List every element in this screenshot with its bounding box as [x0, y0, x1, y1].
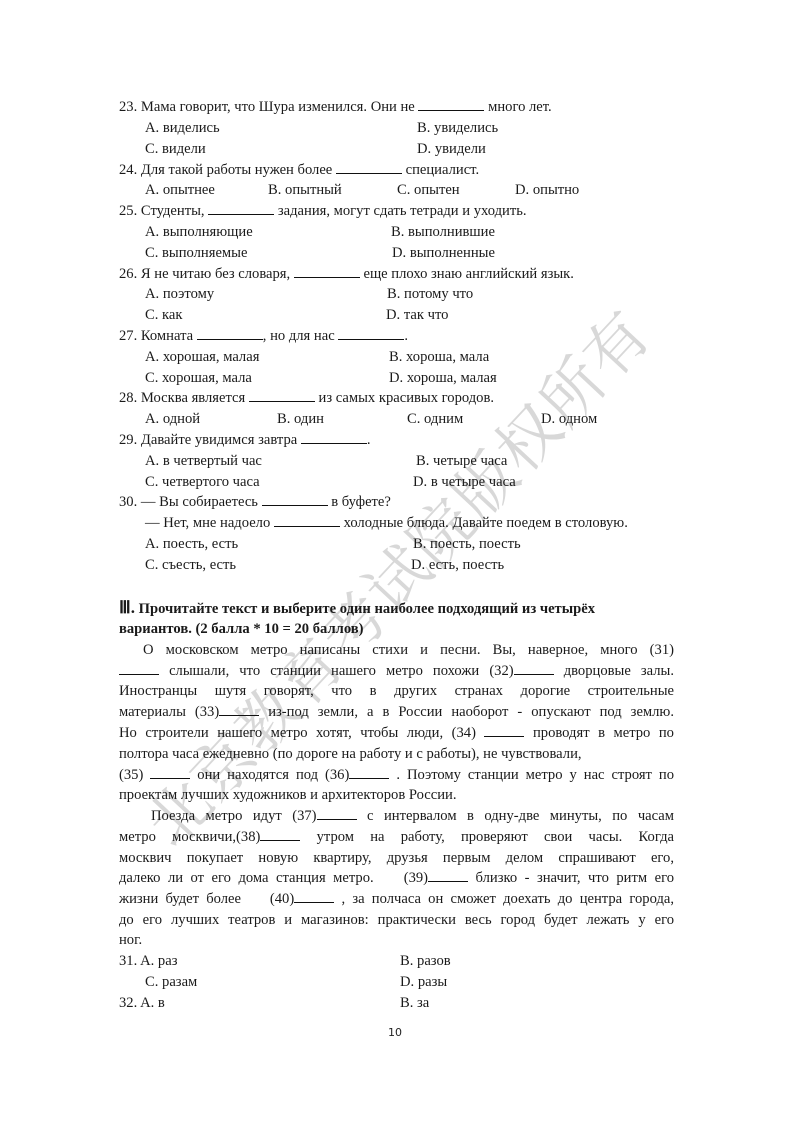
passage-line: слышали, что станции нашего метро похожи… [119, 661, 674, 682]
q25-option-b: B. выполнившие [391, 222, 495, 242]
question-26-stem: 26. Я не читаю без словаря, еще плохо зн… [119, 264, 574, 284]
page-number: 10 [388, 1026, 402, 1039]
q23-option-a: A. виделись [145, 118, 220, 138]
passage-line: далеко ли от его дома станция метро. (39… [119, 868, 674, 889]
passage-line: проектам лучших художников и архитекторо… [119, 785, 674, 806]
q26-option-a: A. поэтому [145, 284, 214, 304]
answer-blank-31 [119, 661, 159, 675]
question-30-line2: — Нет, мне надоело холодные блюда. Давай… [145, 513, 628, 533]
q25-option-a: A. выполняющие [145, 222, 253, 242]
q26-option-d: D. так что [386, 305, 448, 325]
q24-option-a: A. опытнее [145, 180, 215, 200]
passage-line: москвич покупает новую квартиру, друзья … [119, 848, 674, 869]
q29-option-a: A. в четвертый час [145, 451, 262, 471]
q30-option-c: C. съесть, есть [145, 555, 236, 575]
passage-line: Поезда метро идут (37) с интервалом в од… [119, 806, 674, 827]
answer-blank-39 [428, 868, 468, 882]
q32-option-b: B. за [400, 993, 429, 1013]
question-24-stem: 24. Для такой работы нужен более специал… [119, 160, 479, 180]
q31-option-b: B. разов [400, 951, 451, 971]
q28-option-a: A. одной [145, 409, 200, 429]
q24-option-b: B. опытный [268, 180, 342, 200]
passage-line: метро москвичи,(38) утром на работу, про… [119, 827, 674, 848]
question-30-stem: 30. — Вы собираетесь в буфете? [119, 492, 391, 512]
question-23-stem: 23. Мама говорит, что Шура изменился. Он… [119, 97, 552, 117]
passage-line: Но строители нашего метро хотят, чтобы л… [119, 723, 674, 744]
q29-option-c: C. четвертого часа [145, 472, 260, 492]
q25-option-c: C. выполняемые [145, 243, 247, 263]
passage-line: до его лучших театров и магазинов: практ… [119, 910, 674, 931]
answer-blank-32 [514, 661, 554, 675]
answer-blank [197, 326, 263, 340]
answer-blank [249, 388, 315, 402]
q26-option-b: B. потому что [387, 284, 473, 304]
question-25-stem: 25. Студенты, задания, могут сдать тетра… [119, 201, 527, 221]
answer-blank [418, 97, 484, 111]
q24-option-c: C. опытен [397, 180, 460, 200]
q27-option-c: C. хорошая, мала [145, 368, 252, 388]
q32-option-a: 32. A. в [119, 993, 165, 1013]
q27-option-a: A. хорошая, малая [145, 347, 259, 367]
question-27-stem: 27. Комната , но для нас . [119, 326, 408, 346]
answer-blank [301, 430, 367, 444]
answer-blank-40 [294, 889, 334, 903]
passage-line: О московском метро написаны стихи и песн… [119, 640, 674, 661]
q29-option-b: B. четыре часа [416, 451, 507, 471]
answer-blank [294, 264, 360, 278]
section-numeral: Ⅲ. [119, 598, 135, 617]
section-3-heading-line2: вариантов. (2 балла * 10 = 20 баллов) [119, 619, 364, 639]
q31-option-d: D. разы [400, 972, 447, 992]
answer-blank-37 [317, 806, 357, 820]
q23-option-d: D. увидели [417, 139, 486, 159]
q29-option-d: D. в четыре часа [413, 472, 516, 492]
q28-option-d: D. одном [541, 409, 597, 429]
q23-option-c: C. видели [145, 139, 206, 159]
q28-option-b: B. один [277, 409, 324, 429]
q31-option-c: C. разам [145, 972, 197, 992]
passage-line: (35) они находятся под (36) . Поэтому ст… [119, 765, 674, 786]
answer-blank-34 [484, 723, 524, 737]
passage-line: Иностранцы шутя говорят, что в других ст… [119, 681, 674, 702]
q26-option-c: C. как [145, 305, 182, 325]
passage-line: полтора часа ежедневно (по дороге на раб… [119, 744, 674, 765]
passage-line: ног. [119, 930, 674, 951]
answer-blank [338, 326, 404, 340]
q30-option-d: D. есть, поесть [411, 555, 504, 575]
answer-blank [336, 160, 402, 174]
answer-blank [208, 201, 274, 215]
q30-option-a: A. поесть, есть [145, 534, 238, 554]
q24-option-d: D. опытно [515, 180, 579, 200]
answer-blank [274, 513, 340, 527]
q27-option-d: D. хороша, малая [389, 368, 497, 388]
passage-line: жизни будет более (40) , за полчаса он с… [119, 889, 674, 910]
section-3-heading-line1: Ⅲ. Прочитайте текст и выберите один наиб… [119, 598, 595, 619]
passage-line: материалы (33) из-под земли, а в России … [119, 702, 674, 723]
question-29-stem: 29. Давайте увидимся завтра . [119, 430, 371, 450]
answer-blank [262, 492, 328, 506]
answer-blank-35 [150, 765, 190, 779]
answer-blank-36 [349, 765, 389, 779]
q27-option-b: B. хороша, мала [389, 347, 489, 367]
answer-blank-38 [260, 827, 300, 841]
q31-option-a: 31. A. раз [119, 951, 177, 971]
q28-option-c: C. одним [407, 409, 463, 429]
exam-page: 北京教育考试院版权所有 23. Мама говорит, что Шура и… [0, 0, 794, 1123]
answer-blank-33 [219, 702, 259, 716]
q30-option-b: B. поесть, поесть [413, 534, 521, 554]
q25-option-d: D. выполненные [392, 243, 495, 263]
question-28-stem: 28. Москва является из самых красивых го… [119, 388, 494, 408]
q23-option-b: B. увиделись [417, 118, 498, 138]
